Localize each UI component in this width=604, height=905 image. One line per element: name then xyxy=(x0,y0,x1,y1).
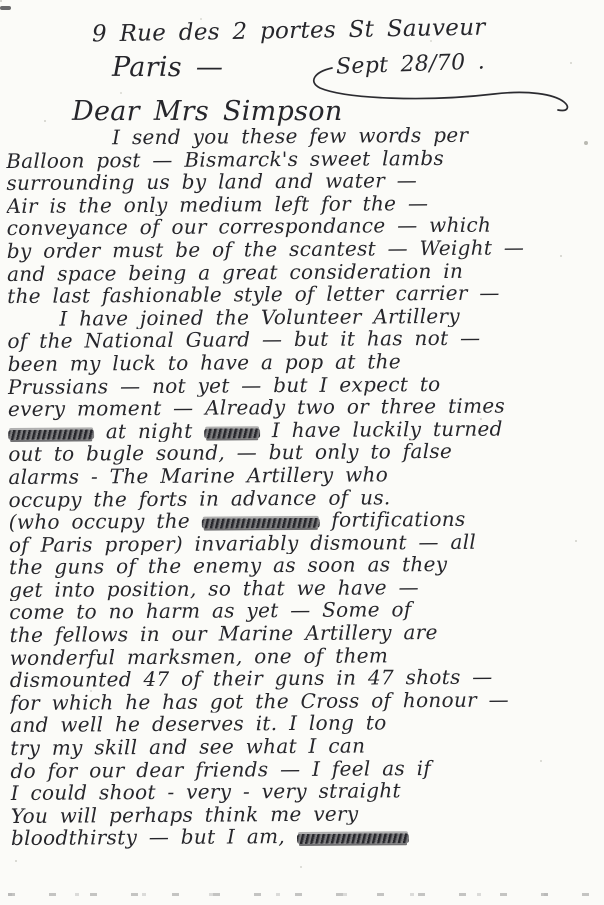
city-line: Paris — xyxy=(112,52,223,83)
letter-text: Prussians — not yet — but I expect to xyxy=(8,372,441,399)
ink-scribble-strikeout xyxy=(297,834,409,845)
letter-text: of Paris proper) invariably dismount — a… xyxy=(9,530,476,557)
letter-text: get into position, so that we have — xyxy=(9,575,419,601)
letter-text: You will perhaps think me very xyxy=(11,801,359,827)
ink-scribble-strikeout xyxy=(202,518,320,529)
letter-text: Balloon post — Bismarck's sweet lambs xyxy=(6,146,444,173)
letter-text: every moment — Already two or three time… xyxy=(8,394,505,421)
letter-text: dismounted 47 of their guns in 47 shots … xyxy=(10,665,493,692)
letter-text: I have joined the Volunteer Artillery xyxy=(59,304,460,331)
letter-text: wonderful marksmen, one of them xyxy=(10,643,389,669)
letter-text: Air is the only medium left for the — xyxy=(6,191,428,218)
letter-line: bloodthirsty — but I am, xyxy=(11,823,604,850)
letter-text: and well he deserves it. I long to xyxy=(10,711,387,737)
letter-line: by order must be of the scantest — Weigh… xyxy=(7,236,604,263)
letter-text: conveyance of our correspondance — which xyxy=(7,213,492,240)
scan-edge-mark xyxy=(0,6,11,10)
letter-text: bloodthirsty — but I am, xyxy=(11,824,297,850)
scan-artifact-row xyxy=(8,893,592,896)
ink-scribble-strikeout xyxy=(204,428,260,438)
letter-text: and space being a great consideration in xyxy=(7,258,463,285)
salutation: Dear Mrs Simpson xyxy=(72,96,343,127)
letter-text: fortifications xyxy=(320,507,466,532)
letter-text: do for our dear friends — I feel as if xyxy=(10,756,431,783)
letter-body: I send you these few words perBalloon po… xyxy=(6,123,604,850)
letter-text: the guns of the enemy as soon as they xyxy=(9,552,447,579)
letter-text: I send you these few words per xyxy=(112,123,468,149)
letter-text: alarms - The Marine Artillery who xyxy=(8,462,388,488)
letter-text: occupy the forts in advance of us. xyxy=(9,485,391,511)
letter-page: 9 Rue des 2 portes St Sauveur Paris — Se… xyxy=(0,0,604,905)
letter-text: of the National Guard — but it has not — xyxy=(7,326,480,353)
letter-text: (who occupy the xyxy=(9,509,202,534)
letter-text: come to no harm as yet — Some of xyxy=(9,598,411,624)
letter-text: for which he has got the Cross of honour… xyxy=(10,688,509,715)
letter-text: surrounding us by land and water — xyxy=(6,168,417,194)
letter-text: the last fashionable style of letter car… xyxy=(7,281,500,308)
date-underline-flourish xyxy=(306,66,574,114)
letter-text: the fellows in our Marine Artillery are xyxy=(9,620,437,647)
paper-speckles xyxy=(0,0,2,2)
letter-text: try my skill and see what I can xyxy=(10,734,365,760)
ink-scribble-strikeout xyxy=(8,429,94,440)
letter-text: I have luckily turned xyxy=(260,417,503,442)
address-line: 9 Rue des 2 portes St Sauveur xyxy=(92,15,486,48)
letter-text: at night xyxy=(94,418,204,443)
letter-text: been my luck to have a pop at the xyxy=(8,349,401,375)
letter-text: I could shoot - very - very straight xyxy=(11,778,401,804)
letter-text: out to bugle sound, — but only to false xyxy=(8,439,452,466)
